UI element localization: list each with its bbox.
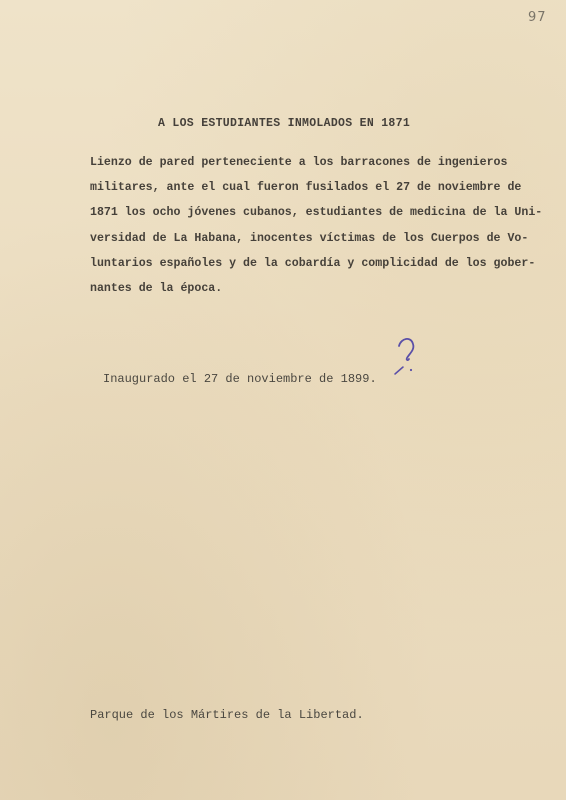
body-line: nantes de la época. xyxy=(90,276,560,301)
document-page: 97 A LOS ESTUDIANTES INMOLADOS EN 1871 L… xyxy=(0,0,566,800)
inauguration-date-text: Inaugurado el 27 de noviembre de 1899. xyxy=(103,372,377,386)
body-line: Lienzo de pared perteneciente a los barr… xyxy=(90,150,560,175)
place-text: Parque de los Mártires de la Libertad. xyxy=(90,708,364,722)
handwritten-question-mark-icon xyxy=(389,334,429,382)
document-title: A LOS ESTUDIANTES INMOLADOS EN 1871 xyxy=(158,117,410,130)
body-line: luntarios españoles y de la cobardía y c… xyxy=(90,251,560,276)
body-paragraph: Lienzo de pared perteneciente a los barr… xyxy=(90,150,560,301)
body-line: militares, ante el cual fueron fusilados… xyxy=(90,175,560,200)
handwritten-page-number: 97 xyxy=(528,10,547,25)
body-line: versidad de La Habana, inocentes víctima… xyxy=(90,226,560,251)
body-line: 1871 los ocho jóvenes cubanos, estudiant… xyxy=(90,200,560,225)
